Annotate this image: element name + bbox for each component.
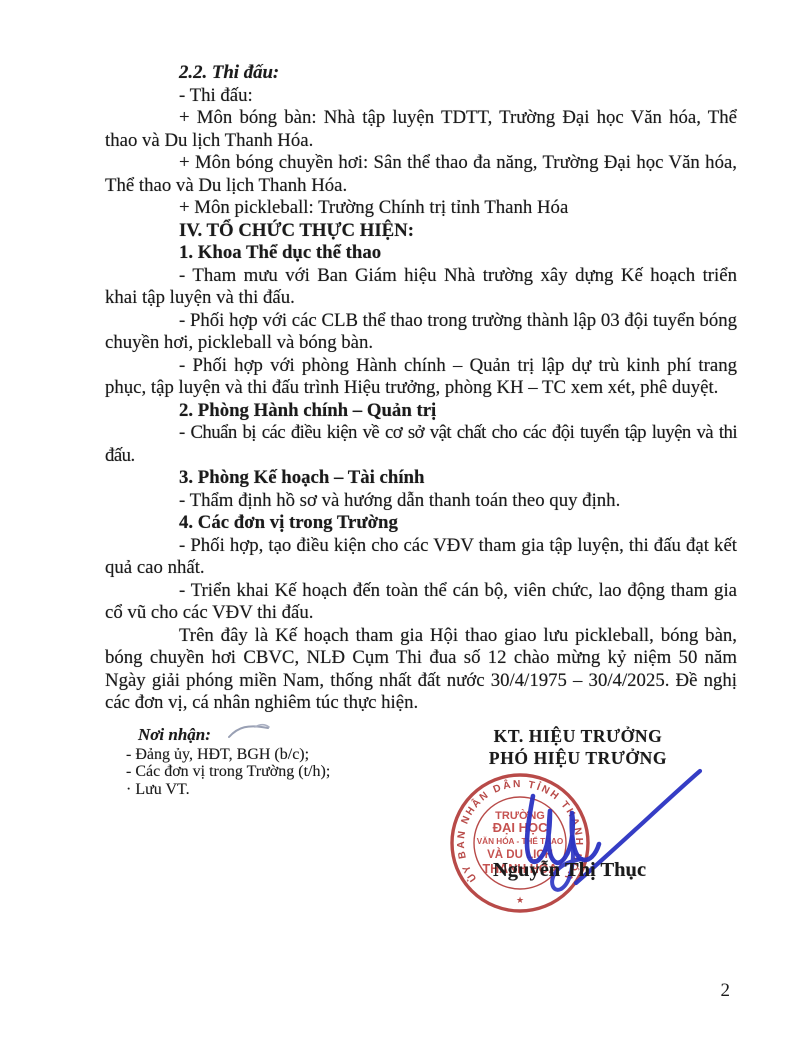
recipients-list: - Đảng ủy, HĐT, BGH (b/c);- Các đơn vị t… <box>126 746 330 799</box>
paragraph: - Phối hợp với phòng Hành chính – Quản t… <box>105 355 737 400</box>
recipient-item: · Lưu VT. <box>126 781 330 799</box>
pen-check-mark-icon <box>225 721 273 743</box>
signer-name: Nguyễn Thị Thục <box>493 859 753 882</box>
signature-area: Nơi nhận: - Đảng ủy, HĐT, BGH (b/c);- Cá… <box>105 721 737 991</box>
paragraph: - Triển khai Kế hoạch đến toàn thể cán b… <box>105 580 737 625</box>
paragraph: - Thẩm định hồ sơ và hướng dẫn thanh toá… <box>105 490 737 513</box>
paragraph: - Phối hợp với các CLB thể thao trong tr… <box>105 310 737 355</box>
paragraph: 1. Khoa Thể dục thể thao <box>105 242 737 265</box>
paragraph: + Môn bóng bàn: Nhà tập luyện TDTT, Trườ… <box>105 107 737 152</box>
signer-title-line1: KT. HIỆU TRƯỞNG <box>413 725 743 747</box>
paragraph: 2.2. Thi đấu: <box>105 62 737 85</box>
paragraph: IV. TỔ CHỨC THỰC HIỆN: <box>105 220 737 243</box>
paragraph: - Chuẩn bị các điều kiện về cơ sở vật ch… <box>105 422 737 467</box>
paragraph: - Phối hợp, tạo điều kiện cho các VĐV th… <box>105 535 737 580</box>
paragraph: - Tham mưu với Ban Giám hiệu Nhà trường … <box>105 265 737 310</box>
recipients-heading: Nơi nhận: <box>138 725 211 745</box>
recipient-item: - Các đơn vị trong Trường (t/h); <box>126 763 330 781</box>
paragraph: 2. Phòng Hành chính – Quản trị <box>105 400 737 423</box>
document-body: 2.2. Thi đấu:- Thi đấu:+ Môn bóng bàn: N… <box>105 62 737 715</box>
paragraph: 3. Phòng Kế hoạch – Tài chính <box>105 467 737 490</box>
page-number: 2 <box>721 980 731 1002</box>
handwritten-signature <box>500 751 715 911</box>
paragraph: + Môn pickleball: Trường Chính trị tỉnh … <box>105 197 737 220</box>
paragraph: + Môn bóng chuyền hơi: Sân thể thao đa n… <box>105 152 737 197</box>
paragraph: Trên đây là Kế hoạch tham gia Hội thao g… <box>105 625 737 715</box>
document-page: 2.2. Thi đấu:- Thi đấu:+ Môn bóng bàn: N… <box>0 0 800 1062</box>
recipient-item: - Đảng ủy, HĐT, BGH (b/c); <box>126 746 330 764</box>
paragraph: 4. Các đơn vị trong Trường <box>105 512 737 535</box>
paragraph: - Thi đấu: <box>105 85 737 108</box>
